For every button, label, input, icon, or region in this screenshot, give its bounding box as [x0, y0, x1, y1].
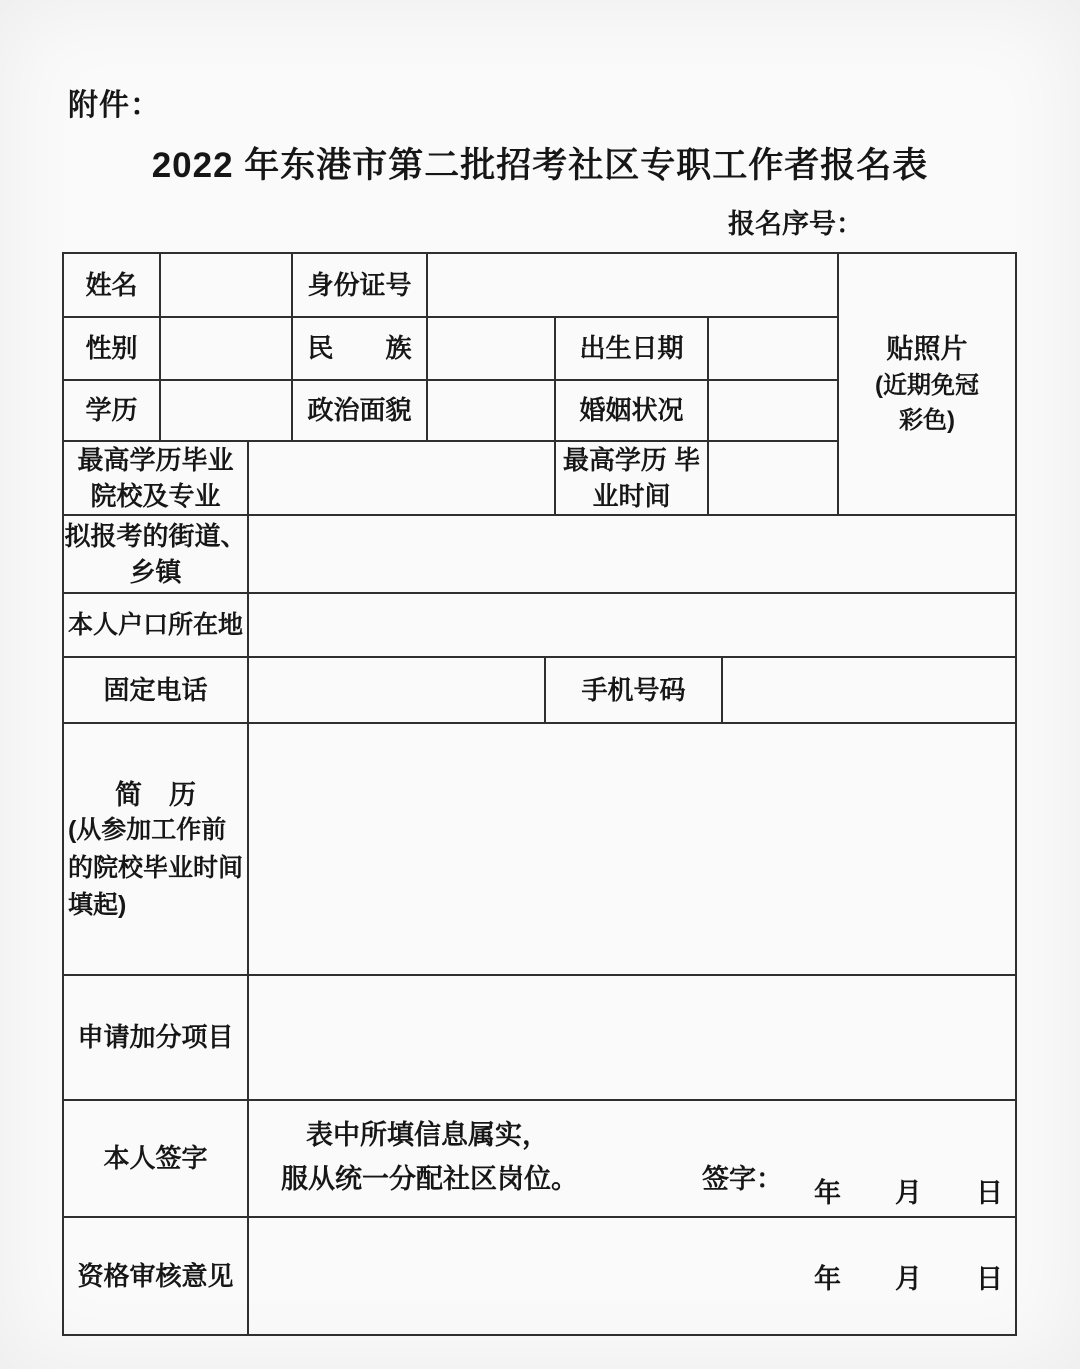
statement-line2: 服从统一分配社区岗位。	[281, 1157, 578, 1196]
name-label-cell: 姓名	[63, 253, 160, 317]
review-label-cell: 资格审核意见	[63, 1217, 248, 1335]
birth-date-label-cell: 出生日期	[555, 317, 708, 380]
hukou-value-cell	[248, 593, 1016, 657]
intended-area-value-cell	[248, 515, 1016, 593]
grad-time-value-cell	[708, 441, 838, 515]
intended-area-label-cell: 拟报考的街道、 乡镇	[63, 515, 248, 593]
landline-label-cell: 固定电话	[63, 657, 248, 723]
gender-label-cell: 性别	[63, 317, 160, 380]
political-status-label: 政治面貌	[307, 392, 411, 428]
serial-number-label: 报名序号：	[728, 202, 863, 241]
grad-time-label-cell: 最高学历 毕 业时间	[555, 441, 708, 515]
name-label: 姓名	[85, 267, 137, 303]
gender-label: 性别	[85, 330, 137, 366]
name-value-cell	[160, 253, 292, 317]
education-value-cell	[160, 380, 292, 441]
attachment-label: 附件：	[68, 80, 161, 124]
marital-status-label: 婚姻状况	[579, 392, 683, 428]
signature-date-line: 年 月 日	[814, 1171, 1003, 1210]
ethnicity-value-cell	[427, 317, 555, 380]
photo-title: 贴照片	[887, 330, 968, 369]
marital-status-label-cell: 婚姻状况	[555, 380, 708, 441]
education-label: 学历	[85, 392, 137, 428]
highest-school-value-cell	[248, 441, 555, 515]
gender-value-cell	[160, 317, 292, 380]
review-label: 资格审核意见	[77, 1258, 233, 1294]
page-title: 2022 年东港市第二批招考社区专职工作者报名表	[0, 138, 1080, 188]
signature-label: 本人签字	[103, 1140, 207, 1176]
signature-label-cell: 本人签字	[63, 1100, 248, 1217]
highest-school-label: 最高学历毕业 院校及专业	[77, 442, 233, 515]
mobile-label: 手机号码	[581, 672, 685, 708]
statement-line1: 表中所填信息属实，	[306, 1113, 549, 1152]
resume-label-cell: 简 历 (从参加工作前 的院校毕业时间 填起)	[63, 723, 248, 975]
bonus-label: 申请加分项目	[77, 1019, 233, 1055]
bonus-label-cell: 申请加分项目	[63, 975, 248, 1100]
highest-school-label-cell: 最高学历毕业 院校及专业	[63, 441, 248, 515]
hukou-label: 本人户口所在地	[68, 608, 243, 643]
landline-label: 固定电话	[103, 672, 207, 708]
scanned-form-page: 附件： 2022 年东港市第二批招考社区专职工作者报名表 报名序号： 姓名 身份…	[0, 0, 1080, 1369]
review-content-cell: 年 月 日	[248, 1217, 1016, 1335]
political-status-value-cell	[427, 380, 555, 441]
id-number-value-cell	[427, 253, 838, 317]
resume-value-cell	[248, 723, 1016, 975]
sign-here-label: 签字：	[702, 1157, 783, 1196]
political-status-label-cell: 政治面貌	[292, 380, 427, 441]
signature-content-cell: 表中所填信息属实， 服从统一分配社区岗位。 签字： 年 月 日	[248, 1100, 1016, 1217]
birth-date-label: 出生日期	[579, 330, 683, 366]
resume-title-label: 简 历	[115, 773, 196, 812]
intended-area-label: 拟报考的街道、 乡镇	[64, 518, 246, 591]
landline-value-cell	[248, 657, 545, 723]
review-date-line: 年 月 日	[814, 1257, 1003, 1296]
hukou-label-cell: 本人户口所在地	[63, 593, 248, 657]
id-number-label-cell: 身份证号	[292, 253, 427, 317]
ethnicity-label: 民 族	[307, 330, 411, 366]
mobile-label-cell: 手机号码	[545, 657, 722, 723]
education-label-cell: 学历	[63, 380, 160, 441]
birth-date-value-cell	[708, 317, 838, 380]
registration-form-table: 姓名 身份证号 贴照片 (近期免冠 彩色) 性别 民 族 出生日期 学历 政治面…	[62, 252, 1017, 1336]
resume-note-label: (从参加工作前 的院校毕业时间 填起)	[68, 812, 243, 925]
marital-status-value-cell	[708, 380, 838, 441]
mobile-value-cell	[722, 657, 1016, 723]
photo-paste-cell: 贴照片 (近期免冠 彩色)	[838, 253, 1016, 515]
bonus-value-cell	[248, 975, 1016, 1100]
id-number-label: 身份证号	[307, 267, 411, 303]
grad-time-label: 最高学历 毕 业时间	[563, 442, 700, 515]
ethnicity-label-cell: 民 族	[292, 317, 427, 380]
photo-note: (近期免冠 彩色)	[875, 369, 979, 439]
